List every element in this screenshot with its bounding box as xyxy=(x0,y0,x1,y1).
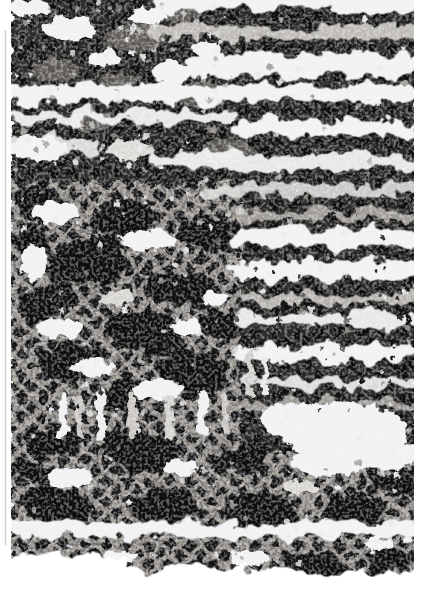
rug-photo-canvas xyxy=(0,0,424,600)
rug-texture-photo xyxy=(0,0,424,600)
white-fleck-layer xyxy=(11,0,416,575)
